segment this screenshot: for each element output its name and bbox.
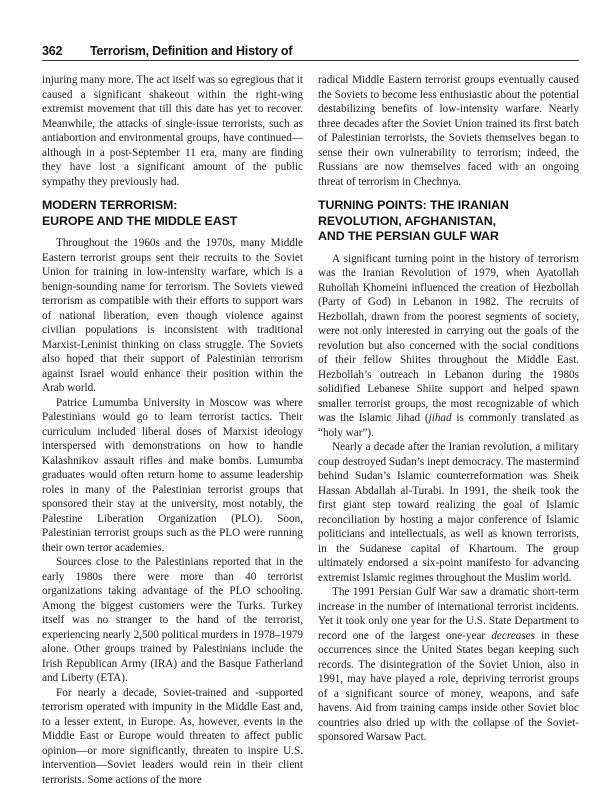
section-heading-modern-terrorism: MODERN TERRORISM: EUROPE AND THE MIDDLE … [42, 198, 303, 229]
page-number: 362 [42, 44, 90, 58]
heading-line: REVOLUTION, AFGHANISTAN, [318, 214, 579, 230]
paragraph-continuation: injuring many more. The act itself was s… [42, 73, 303, 189]
paragraph-soviet-impunity: For nearly a decade, Soviet-trained and … [42, 686, 303, 788]
paragraph-lumumba-university: Patrice Lumumba University in Moscow was… [42, 396, 303, 556]
left-column: injuring many more. The act itself was s… [42, 73, 303, 787]
book-page: 362 Terrorism, Definition and History of… [0, 0, 614, 800]
paragraph-sudan-coup: Nearly a decade after the Iranian revolu… [318, 440, 579, 585]
heading-line: AND THE PERSIAN GULF WAR [318, 229, 579, 245]
heading-line: TURNING POINTS: THE IRANIAN [318, 198, 579, 214]
paragraph-radical-groups: radical Middle Eastern terrorist groups … [318, 73, 579, 189]
paragraph-soviet-training: Throughout the 1960s and the 1970s, many… [42, 236, 303, 396]
text-columns: injuring many more. The act itself was s… [42, 73, 579, 787]
header-rule [42, 60, 579, 61]
running-title: Terrorism, Definition and History of [90, 44, 292, 58]
section-heading-turning-points: TURNING POINTS: THE IRANIAN REVOLUTION, … [318, 198, 579, 245]
paragraph-plo-schooling: Sources close to the Palestinians report… [42, 555, 303, 686]
paragraph-gulf-war: The 1991 Persian Gulf War saw a dramatic… [318, 585, 579, 745]
right-column: radical Middle Eastern terrorist groups … [318, 73, 579, 787]
paragraph-text: in these occurrences since the United St… [318, 630, 579, 744]
paragraph-text: A significant turning point in the histo… [318, 253, 579, 425]
paragraph-iranian-revolution: A significant turning point in the histo… [318, 252, 579, 441]
italic-term-jihad: jihad [429, 412, 452, 424]
italic-term-decreases: decreases [491, 630, 535, 642]
heading-line: EUROPE AND THE MIDDLE EAST [42, 214, 303, 230]
page-header: 362 Terrorism, Definition and History of [42, 44, 579, 58]
heading-line: MODERN TERRORISM: [42, 198, 303, 214]
